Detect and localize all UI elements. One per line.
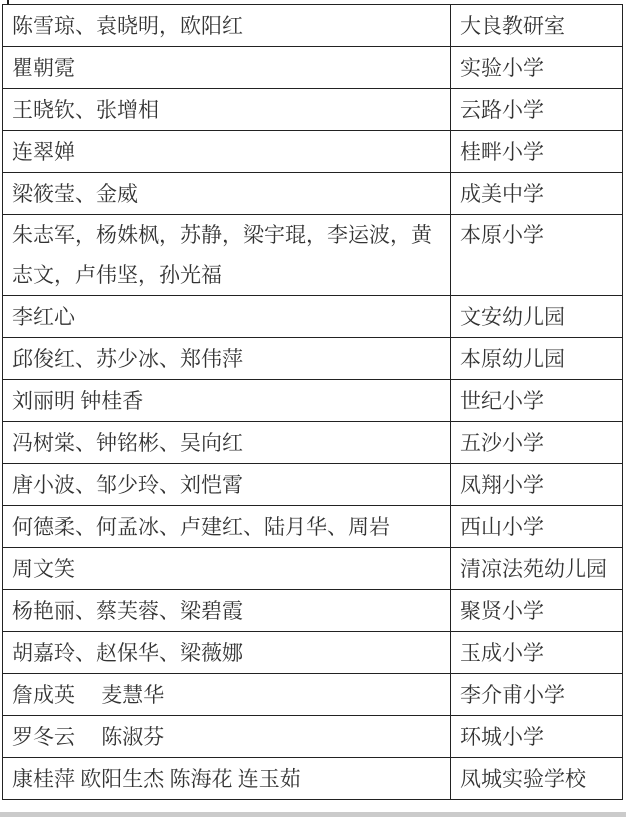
names-cell: 王晓钦、张增相	[3, 89, 451, 131]
school-cell: 五沙小学	[451, 422, 623, 464]
names-cell: 刘丽明 钟桂香	[3, 380, 451, 422]
school-cell: 环城小学	[451, 716, 623, 758]
table-row: 康桂萍 欧阳生杰 陈海花 连玉茹 凤城实验学校	[3, 758, 623, 800]
names-cell: 康桂萍 欧阳生杰 陈海花 连玉茹	[3, 758, 451, 800]
names-cell: 连翠婵	[3, 131, 451, 173]
page-bottom-edge	[0, 812, 626, 817]
school-cell: 玉成小学	[451, 632, 623, 674]
school-cell: 云路小学	[451, 89, 623, 131]
names-cell: 冯树棠、钟铭彬、吴向红	[3, 422, 451, 464]
table-row: 邱俊红、苏少冰、郑伟萍 本原幼儿园	[3, 338, 623, 380]
table-row: 梁筱莹、金威 成美中学	[3, 173, 623, 215]
table-row: 连翠婵 桂畔小学	[3, 131, 623, 173]
table-row: 朱志军，杨姝枫，苏静，梁宇琨，李运波，黄志文，卢伟坚，孙光福 本原小学	[3, 215, 623, 296]
school-cell: 桂畔小学	[451, 131, 623, 173]
school-cell: 世纪小学	[451, 380, 623, 422]
school-cell: 清凉法苑幼儿园	[451, 548, 623, 590]
school-cell: 实验小学	[451, 47, 623, 89]
table-row: 冯树棠、钟铭彬、吴向红 五沙小学	[3, 422, 623, 464]
table-row: 王晓钦、张增相 云路小学	[3, 89, 623, 131]
names-cell: 罗冬云 陈淑芬	[3, 716, 451, 758]
school-cell: 聚贤小学	[451, 590, 623, 632]
table-row: 陈雪琼、袁晓明，欧阳红 大良教研室	[3, 5, 623, 47]
table-row: 周文笑 清凉法苑幼儿园	[3, 548, 623, 590]
names-cell: 詹成英 麦慧华	[3, 674, 451, 716]
table-row: 唐小波、邹少玲、刘恺霄 凤翔小学	[3, 464, 623, 506]
names-cell: 胡嘉玲、赵保华、梁薇娜	[3, 632, 451, 674]
names-cell: 周文笑	[3, 548, 451, 590]
table-row: 罗冬云 陈淑芬 环城小学	[3, 716, 623, 758]
school-cell: 李介甫小学	[451, 674, 623, 716]
school-cell: 凤城实验学校	[451, 758, 623, 800]
table-row: 胡嘉玲、赵保华、梁薇娜 玉成小学	[3, 632, 623, 674]
names-cell: 杨艳丽、蔡芙蓉、梁碧霞	[3, 590, 451, 632]
names-cell: 梁筱莹、金威	[3, 173, 451, 215]
names-cell: 朱志军，杨姝枫，苏静，梁宇琨，李运波，黄志文，卢伟坚，孙光福	[3, 215, 451, 296]
table-row: 何德柔、何孟冰、卢建红、陆月华、周岩 西山小学	[3, 506, 623, 548]
school-cell: 文安幼儿园	[451, 296, 623, 338]
names-cell: 陈雪琼、袁晓明，欧阳红	[3, 5, 451, 47]
table-row: 杨艳丽、蔡芙蓉、梁碧霞 聚贤小学	[3, 590, 623, 632]
names-cell: 何德柔、何孟冰、卢建红、陆月华、周岩	[3, 506, 451, 548]
names-cell: 李红心	[3, 296, 451, 338]
names-cell: 唐小波、邹少玲、刘恺霄	[3, 464, 451, 506]
school-cell: 成美中学	[451, 173, 623, 215]
school-cell: 本原小学	[451, 215, 623, 296]
assignment-table: 陈雪琼、袁晓明，欧阳红 大良教研室 瞿朝霓 实验小学 王晓钦、张增相 云路小学 …	[2, 4, 623, 800]
table-body: 陈雪琼、袁晓明，欧阳红 大良教研室 瞿朝霓 实验小学 王晓钦、张增相 云路小学 …	[3, 5, 623, 800]
names-cell: 瞿朝霓	[3, 47, 451, 89]
names-cell: 邱俊红、苏少冰、郑伟萍	[3, 338, 451, 380]
table-row: 瞿朝霓 实验小学	[3, 47, 623, 89]
table-row: 李红心 文安幼儿园	[3, 296, 623, 338]
school-cell: 西山小学	[451, 506, 623, 548]
table-row: 詹成英 麦慧华 李介甫小学	[3, 674, 623, 716]
school-cell: 凤翔小学	[451, 464, 623, 506]
school-cell: 本原幼儿园	[451, 338, 623, 380]
table-row: 刘丽明 钟桂香 世纪小学	[3, 380, 623, 422]
school-cell: 大良教研室	[451, 5, 623, 47]
